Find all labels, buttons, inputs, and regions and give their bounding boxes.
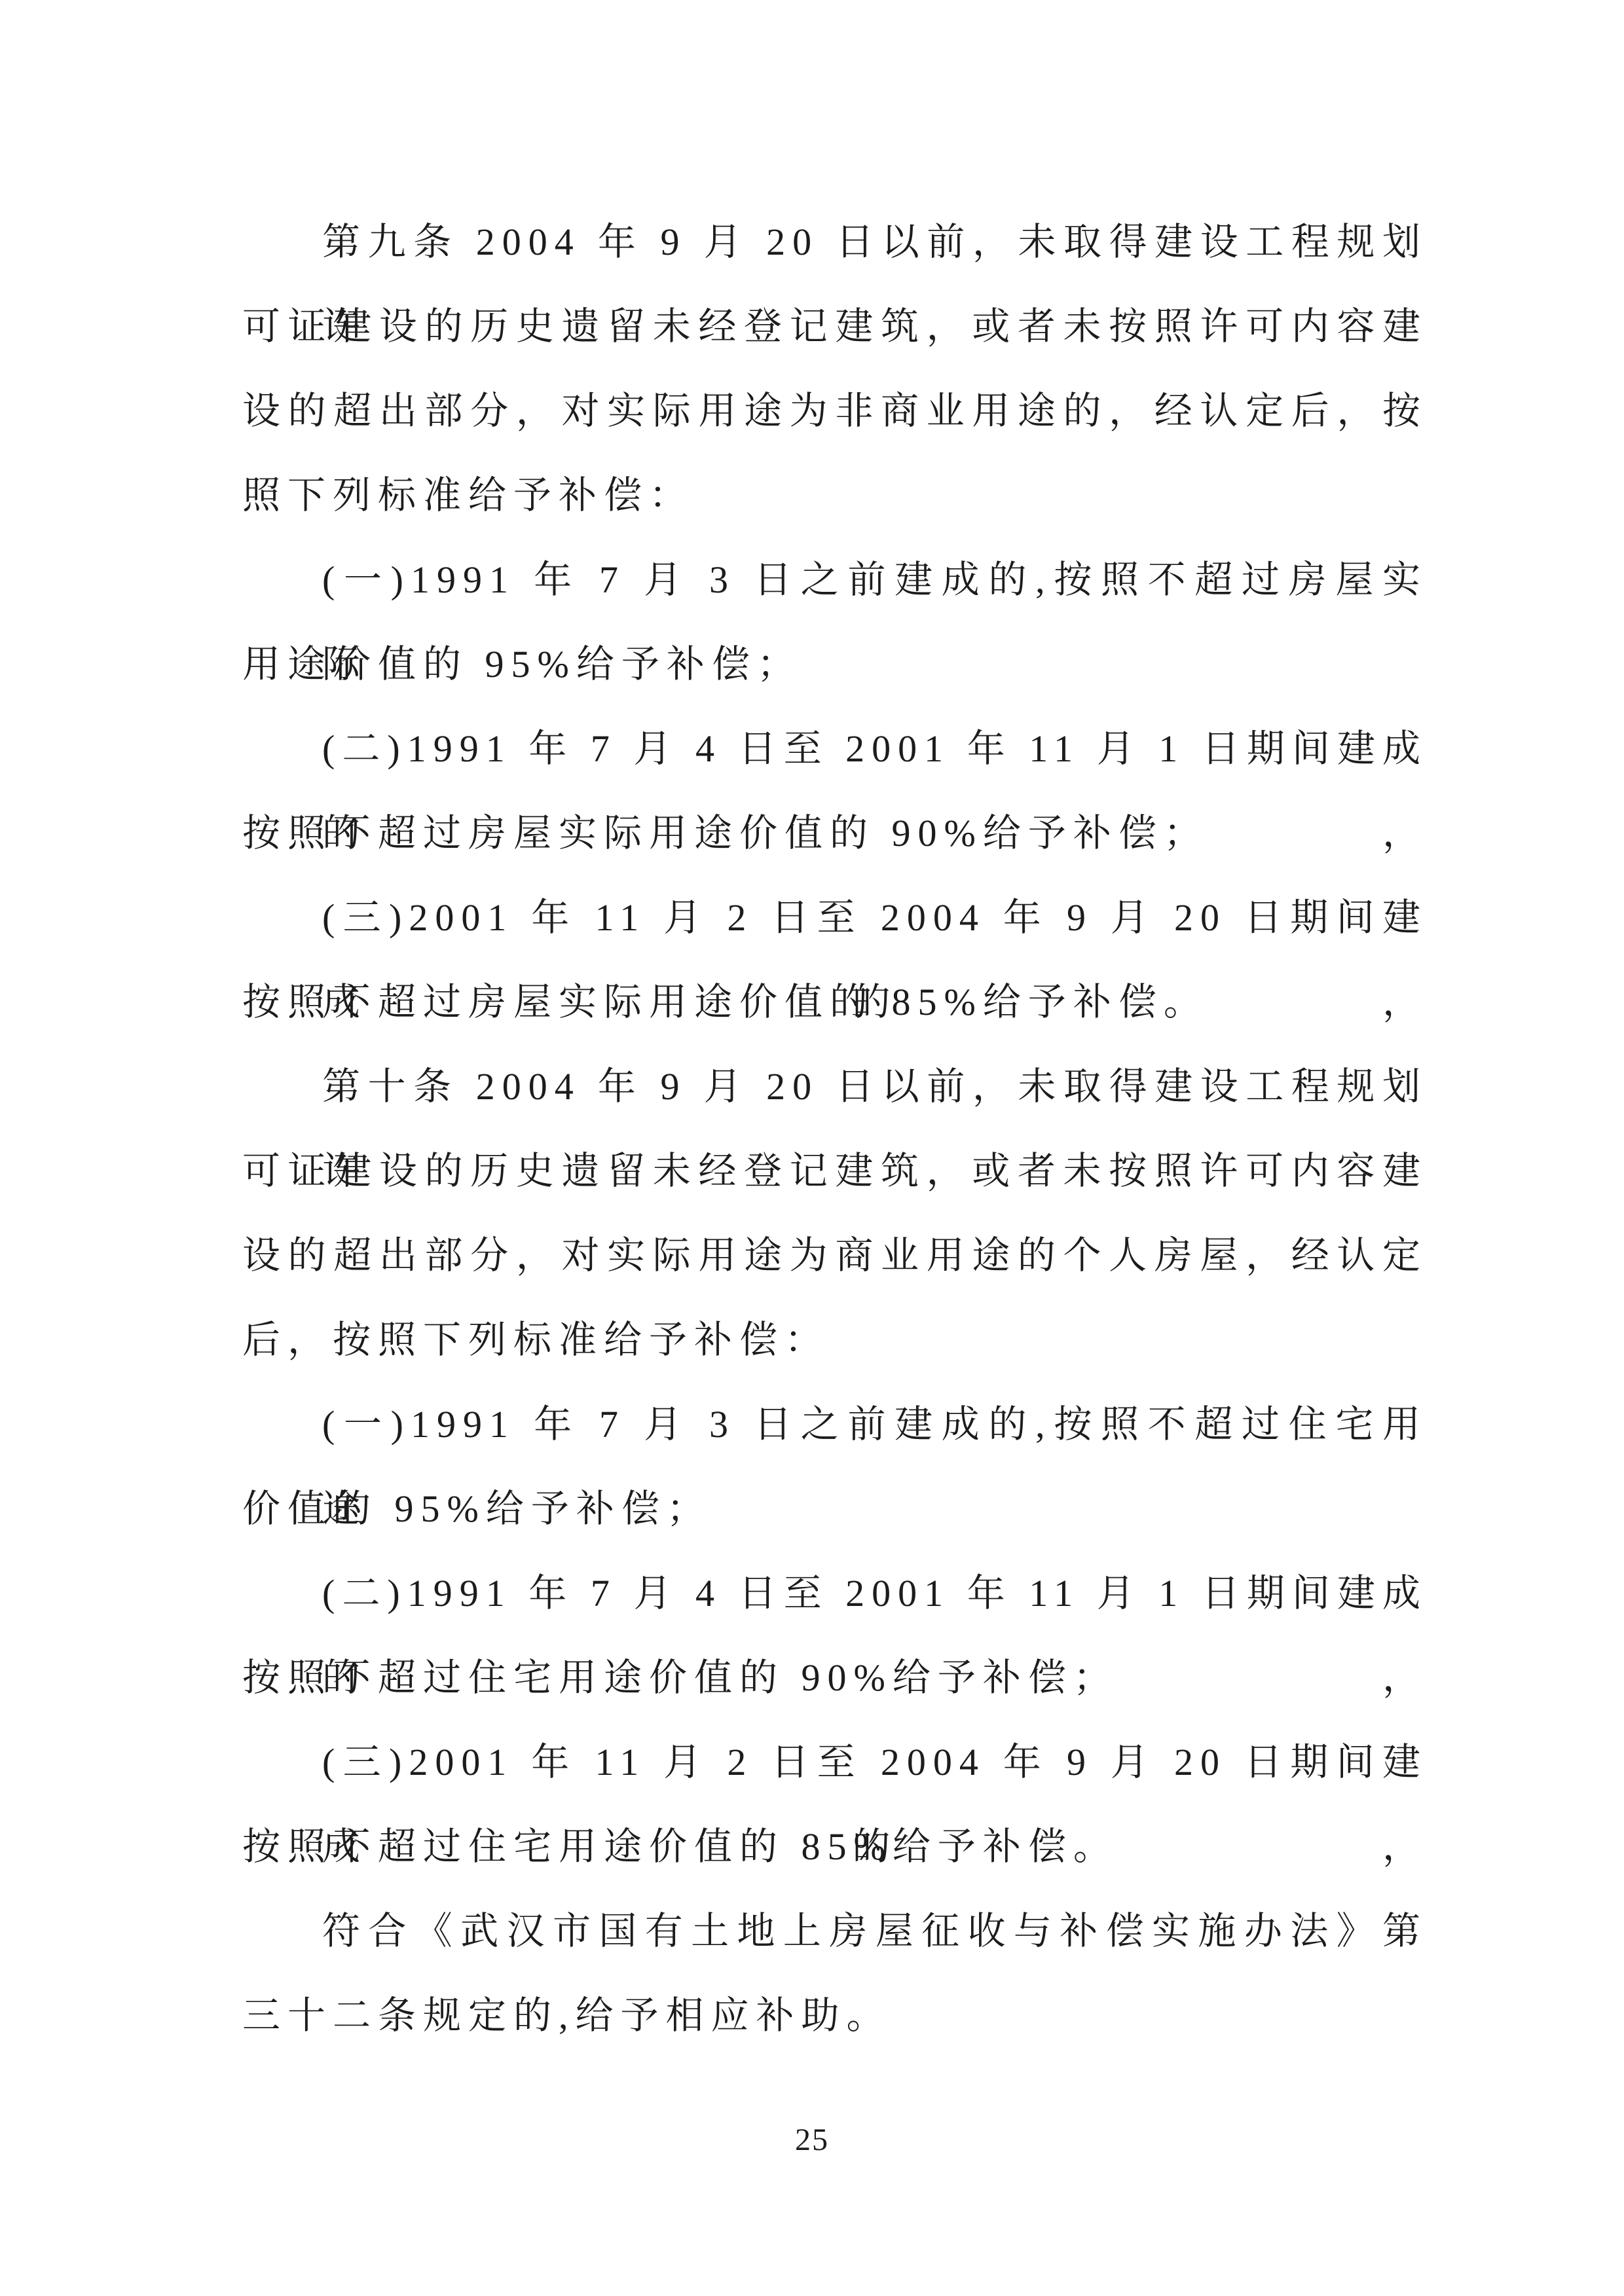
document-page: 第九条 2004 年 9 月 20 日以前，未取得建设工程规划许 可证建设的历史…	[0, 0, 1624, 2296]
text-line: 第十条 2004 年 9 月 20 日以前，未取得建设工程规划许	[242, 1044, 1428, 1129]
text-line: 第九条 2004 年 9 月 20 日以前，未取得建设工程规划许	[242, 200, 1428, 284]
text-line: (二)1991 年 7 月 4 日至 2001 年 11 月 1 日期间建成的，	[242, 1551, 1428, 1635]
text-line: 三十二条规定的,给予相应补助。	[242, 1973, 1428, 2058]
text-line: 可证建设的历史遗留未经登记建筑，或者未按照许可内容建	[242, 1129, 1428, 1213]
text-line: 设的超出部分，对实际用途为非商业用途的，经认定后，按	[242, 369, 1428, 453]
document-body: 第九条 2004 年 9 月 20 日以前，未取得建设工程规划许 可证建设的历史…	[242, 200, 1428, 2058]
text-line: 用途价值的 95%给予补偿；	[242, 622, 1428, 706]
text-line: 可证建设的历史遗留未经登记建筑，或者未按照许可内容建	[242, 284, 1428, 369]
text-line: (一)1991 年 7 月 3 日之前建成的,按照不超过住宅用途	[242, 1382, 1428, 1467]
text-line: 符合《武汉市国有土地上房屋征收与补偿实施办法》第	[242, 1889, 1428, 1973]
page-number: 25	[0, 2120, 1624, 2160]
text-line: (三)2001 年 11 月 2 日至 2004 年 9 月 20 日期间建成的…	[242, 1720, 1428, 1804]
text-line: (二)1991 年 7 月 4 日至 2001 年 11 月 1 日期间建成的，	[242, 706, 1428, 791]
text-line: 设的超出部分，对实际用途为商业用途的个人房屋，经认定	[242, 1213, 1428, 1298]
text-line: 后，按照下列标准给予补偿：	[242, 1298, 1428, 1382]
text-line: (一)1991 年 7 月 3 日之前建成的,按照不超过房屋实际	[242, 538, 1428, 622]
text-line: (三)2001 年 11 月 2 日至 2004 年 9 月 20 日期间建成的…	[242, 875, 1428, 960]
text-line: 价值的 95%给予补偿；	[242, 1467, 1428, 1551]
text-line: 照下列标准给予补偿：	[242, 453, 1428, 538]
